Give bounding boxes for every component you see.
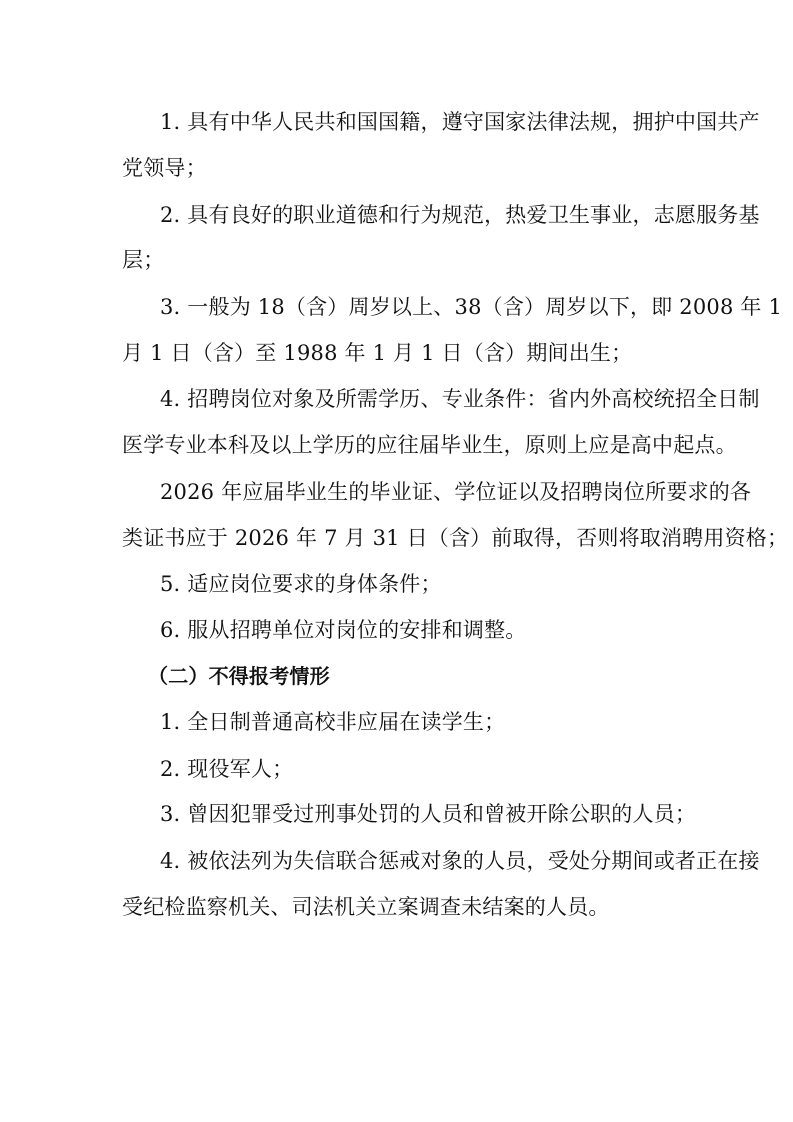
exclusion-2: 2. 现役军人； — [160, 755, 720, 783]
exclusion-1: 1. 全日制普通高校非应届在读学生； — [160, 708, 720, 736]
requirement-5: 5. 适应岗位要求的身体条件； — [160, 570, 720, 598]
graduate-note-line-1: 2026 年应届毕业生的毕业证、学位证以及招聘岗位所要求的各 — [160, 478, 720, 506]
requirement-1-line-1: 1. 具有中华人民共和国国籍，遵守国家法律法规，拥护中国共产 — [160, 108, 720, 136]
document-page: 1. 具有中华人民共和国国籍，遵守国家法律法规，拥护中国共产 党领导； 2. 具… — [0, 0, 793, 1122]
requirement-6: 6. 服从招聘单位对岗位的安排和调整。 — [160, 616, 720, 644]
graduate-note-line-2: 类证书应于 2026 年 7 月 31 日（含）前取得，否则将取消聘用资格； — [122, 524, 682, 552]
requirement-3-line-2: 月 1 日（含）至 1988 年 1 月 1 日（含）期间出生； — [122, 339, 682, 367]
requirement-2-line-1: 2. 具有良好的职业道德和行为规范，热爱卫生事业，志愿服务基 — [160, 201, 720, 229]
section-heading-exclusions: （二）不得报考情形 — [148, 662, 708, 690]
requirement-4-line-2: 医学专业本科及以上学历的应往届毕业生，原则上应是高中起点。 — [122, 431, 682, 459]
requirement-2-line-2: 层； — [122, 246, 682, 274]
requirement-4-line-1: 4. 招聘岗位对象及所需学历、专业条件：省内外高校统招全日制 — [160, 385, 720, 413]
requirement-3-line-1: 3. 一般为 18（含）周岁以上、38（含）周岁以下，即 2008 年 1 — [160, 293, 720, 321]
requirement-1-line-2: 党领导； — [122, 154, 682, 182]
exclusion-4-line-1: 4. 被依法列为失信联合惩戒对象的人员，受处分期间或者正在接 — [160, 847, 720, 875]
exclusion-4-line-2: 受纪检监察机关、司法机关立案调查未结案的人员。 — [122, 893, 682, 921]
exclusion-3: 3. 曾因犯罪受过刑事处罚的人员和曾被开除公职的人员； — [160, 800, 720, 828]
